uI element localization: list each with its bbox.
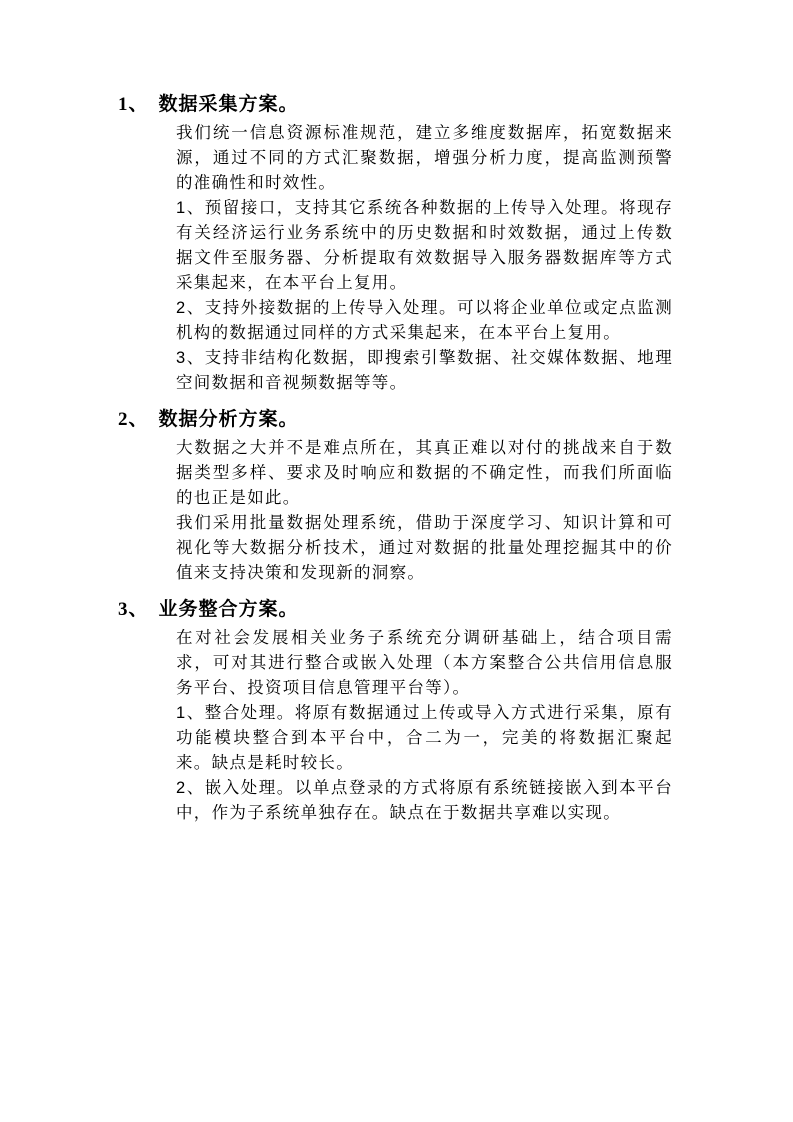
section-1-paragraph-2: 1、预留接口，支持其它系统各种数据的上传导入处理。将现存有关经济运行业务系统中的…: [118, 196, 673, 296]
section-1-paragraph-3: 2、支持外接数据的上传导入处理。可以将企业单位或定点监测机构的数据通过同样的方式…: [118, 296, 673, 346]
page-content: 1、数据采集方案。 我们统一信息资源标准规范，建立多维度数据库，拓宽数据来源，通…: [0, 0, 793, 826]
section-1-paragraph-1: 我们统一信息资源标准规范，建立多维度数据库，拓宽数据来源，通过不同的方式汇聚数据…: [118, 121, 673, 196]
section-2-number: 2、: [118, 409, 149, 430]
section-2-heading: 2、数据分析方案。: [118, 406, 673, 433]
section-3-title: 业务整合方案。: [159, 599, 299, 620]
section-1-title: 数据采集方案。: [159, 94, 299, 115]
section-data-analysis: 2、数据分析方案。 大数据之大并不是难点所在，其真正难以对付的挑战来自于数据类型…: [118, 406, 673, 586]
section-3-heading: 3、业务整合方案。: [118, 596, 673, 623]
section-3-number: 3、: [118, 599, 149, 620]
section-1-paragraph-4: 3、支持非结构化数据，即搜索引擎数据、社交媒体数据、地理空间数据和音视频数据等等…: [118, 346, 673, 396]
section-data-collection: 1、数据采集方案。 我们统一信息资源标准规范，建立多维度数据库，拓宽数据来源，通…: [118, 91, 673, 396]
section-3-paragraph-1: 在对社会发展相关业务子系统充分调研基础上，结合项目需求，可对其进行整合或嵌入处理…: [118, 626, 673, 701]
section-2-title: 数据分析方案。: [159, 409, 299, 430]
section-3-paragraph-3: 2、嵌入处理。以单点登录的方式将原有系统链接嵌入到本平台中，作为子系统单独存在。…: [118, 776, 673, 826]
section-business-integration: 3、业务整合方案。 在对社会发展相关业务子系统充分调研基础上，结合项目需求，可对…: [118, 596, 673, 826]
section-1-heading: 1、数据采集方案。: [118, 91, 673, 118]
section-3-paragraph-2: 1、整合处理。将原有数据通过上传或导入方式进行采集，原有功能模块整合到本平台中，…: [118, 701, 673, 776]
section-1-number: 1、: [118, 94, 149, 115]
section-2-paragraph-2: 我们采用批量数据处理系统，借助于深度学习、知识计算和可视化等大数据分析技术，通过…: [118, 511, 673, 586]
document-page: 1、数据采集方案。 我们统一信息资源标准规范，建立多维度数据库，拓宽数据来源，通…: [0, 0, 793, 1122]
section-2-paragraph-1: 大数据之大并不是难点所在，其真正难以对付的挑战来自于数据类型多样、要求及时响应和…: [118, 436, 673, 511]
